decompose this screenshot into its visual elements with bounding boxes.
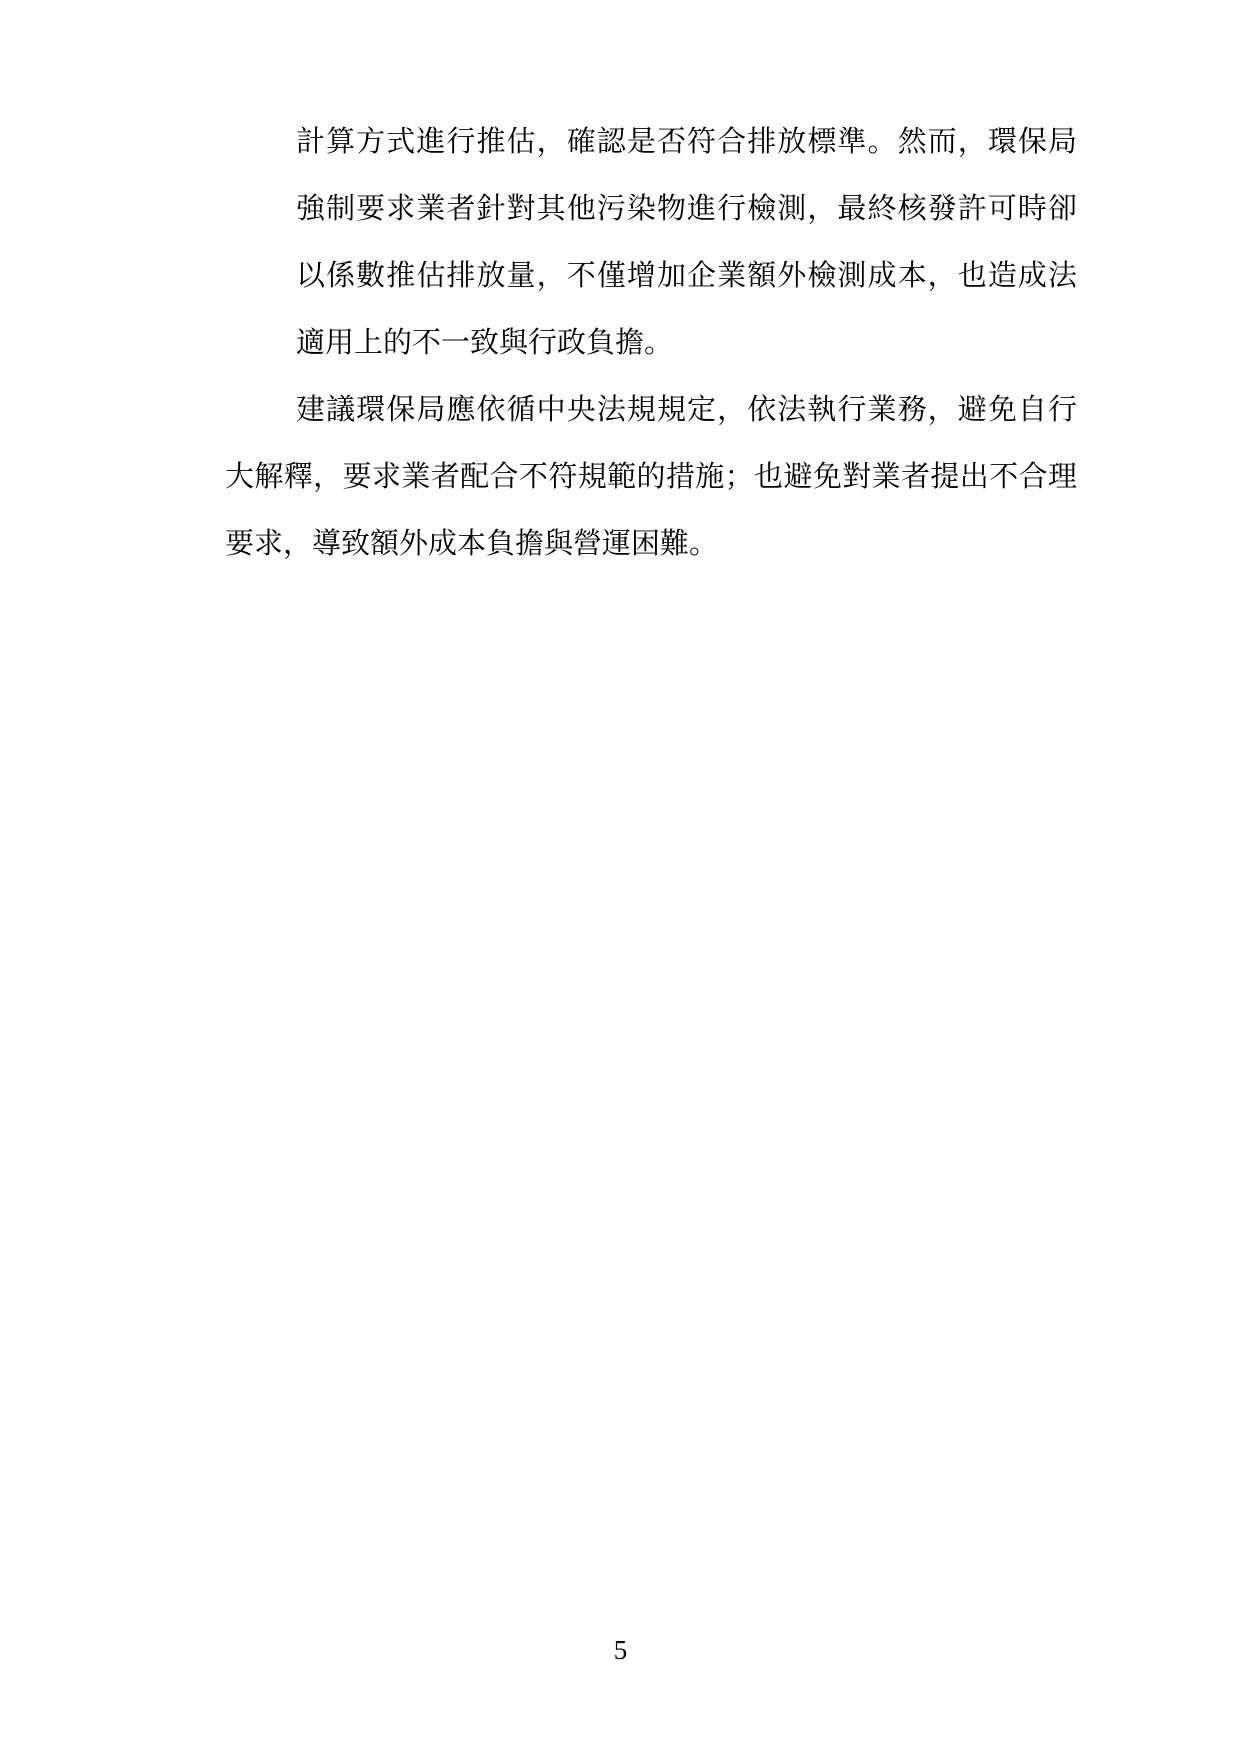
paragraph-2-line-2: 大解釋，要求業者配合不符規範的措施；也避免對業者提出不合理 xyxy=(225,444,1077,511)
paragraph-1-line-1: 計算方式進行推估，確認是否符合排放標準。然而，環保局仍 xyxy=(296,109,1077,176)
paragraph-1-line-3: 以係數推估排放量，不僅增加企業額外檢測成本，也造成法規 xyxy=(296,243,1077,310)
page-number: 5 xyxy=(0,1630,1241,1670)
paragraph-2-line-3: 要求，導致額外成本負擔與營運困難。 xyxy=(225,511,1077,578)
paragraph-1: 計算方式進行推估，確認是否符合排放標準。然而，環保局仍 強制要求業者針對其他污染… xyxy=(296,109,1077,377)
document-page: 計算方式進行推估，確認是否符合排放標準。然而，環保局仍 強制要求業者針對其他污染… xyxy=(0,0,1241,1755)
paragraph-2: 建議環保局應依循中央法規規定，依法執行業務，避免自行擴 大解釋，要求業者配合不符… xyxy=(225,377,1077,578)
paragraph-2-line-1: 建議環保局應依循中央法規規定，依法執行業務，避免自行擴 xyxy=(225,377,1077,444)
paragraph-1-line-2: 強制要求業者針對其他污染物進行檢測，最終核發許可時卻又 xyxy=(296,176,1077,243)
paragraph-1-line-4: 適用上的不一致與行政負擔。 xyxy=(296,310,1077,377)
document-body: 計算方式進行推估，確認是否符合排放標準。然而，環保局仍 強制要求業者針對其他污染… xyxy=(225,109,1077,578)
